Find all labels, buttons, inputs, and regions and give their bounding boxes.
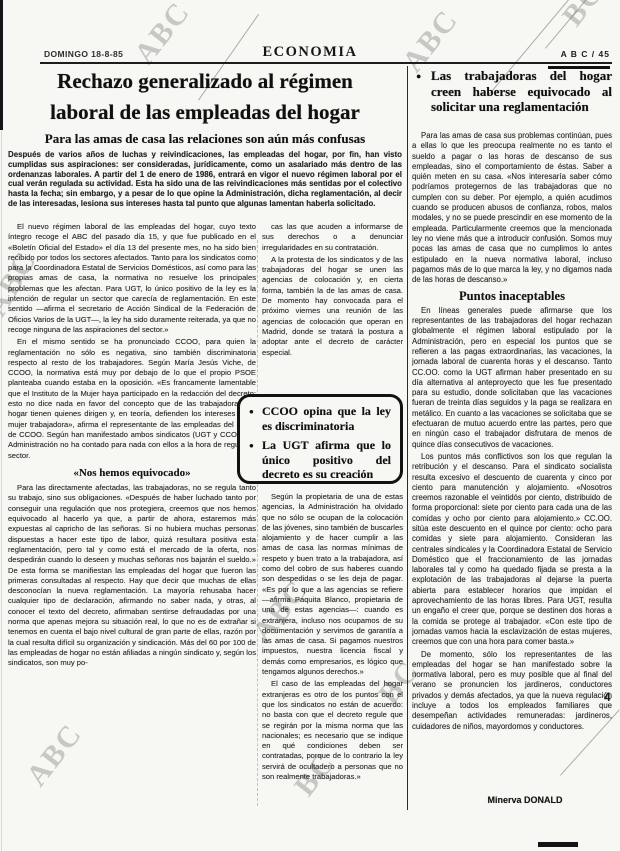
headline-line-1: Rechazo generalizado al régimen — [6, 66, 404, 97]
body-paragraph: Para las directamente afectadas, las tra… — [8, 483, 256, 668]
article-headline: Rechazo generalizado al régimen laboral … — [6, 66, 404, 128]
article-column-right-upper: cas las que acuden a informarse de sus d… — [262, 222, 403, 392]
headline-line-2: laboral de las empleadas del hogar — [6, 97, 404, 128]
body-paragraph: El nuevo régimen laboral de las empleada… — [8, 222, 256, 335]
article-column-left: El nuevo régimen laboral de las empleada… — [8, 222, 256, 810]
sidebar-headline-text: Las trabajadoras del hogar creen haberse… — [431, 68, 612, 115]
bullet-icon: ● — [416, 71, 421, 81]
body-paragraph: Según la propietaria de una de estas age… — [262, 492, 403, 677]
body-paragraph: De momento, sólo los representantes de l… — [412, 650, 612, 732]
body-paragraph: Los puntos más conflictivos son los que … — [412, 452, 612, 648]
paragraph-group: Para las directamente afectadas, las tra… — [8, 483, 256, 668]
header-page-number: A B C / 45 — [540, 49, 610, 59]
column-divider — [257, 240, 258, 806]
paragraph-group: Según la propietaria de una de estas age… — [262, 492, 403, 782]
crosshead-puntos-inaceptables: Puntos inaceptables — [412, 291, 612, 301]
bottom-rule-mark — [538, 842, 578, 847]
header-rule — [40, 62, 612, 64]
body-paragraph: Para las amas de casa sus problemas cont… — [412, 131, 612, 285]
body-paragraph: En el mismo sentido se ha pronunciado CC… — [8, 337, 256, 461]
paragraph-group: cas las que acuden a informarse de sus d… — [262, 222, 403, 358]
section-title: ECONOMIA — [0, 44, 620, 61]
scan-edge-bar — [0, 0, 3, 130]
paragraph-group: En líneas generales puede afirmarse que … — [412, 306, 612, 732]
body-paragraph: En líneas generales puede afirmarse que … — [412, 306, 612, 450]
pull-quote-box: CCOO opina que la ley es discriminatoria… — [237, 394, 403, 484]
pull-quote-list: CCOO opina que la ley es discriminatoria… — [249, 404, 391, 482]
article-subhead: Para las amas de casa las relaciones son… — [6, 131, 404, 147]
byline: Minerva DONALD — [455, 795, 595, 805]
newspaper-page: { "header": { "date": "DOMINGO 18-8-85",… — [0, 0, 620, 851]
sidebar-headline: ● Las trabajadoras del hogar creen haber… — [416, 68, 612, 115]
paragraph-group: El nuevo régimen laboral de las empleada… — [8, 222, 256, 461]
sidebar-divider — [407, 66, 408, 810]
crosshead-nos-hemos-equivocado: «Nos hemos equivocado» — [8, 468, 256, 478]
body-paragraph: A la protesta de los sindicatos y de las… — [262, 255, 403, 358]
margin-mark: 4 — [604, 690, 611, 704]
body-paragraph: cas las que acuden a informarse de sus d… — [262, 222, 403, 253]
pull-quote-item: La UGT afirma que lo único positivo del … — [249, 438, 391, 482]
scan-scratch — [545, 0, 591, 49]
article-lead-paragraph: Después de varios años de luchas y reivi… — [8, 150, 402, 218]
pull-quote-item: CCOO opina que la ley es discriminatoria — [249, 404, 391, 433]
sidebar-body: Para las amas de casa sus problemas cont… — [412, 131, 612, 795]
body-paragraph: El caso de las empleadas del hogar extra… — [262, 679, 403, 782]
paragraph-group: Para las amas de casa sus problemas cont… — [412, 131, 612, 285]
article-column-right-lower: Según la propietaria de una de estas age… — [262, 492, 403, 808]
